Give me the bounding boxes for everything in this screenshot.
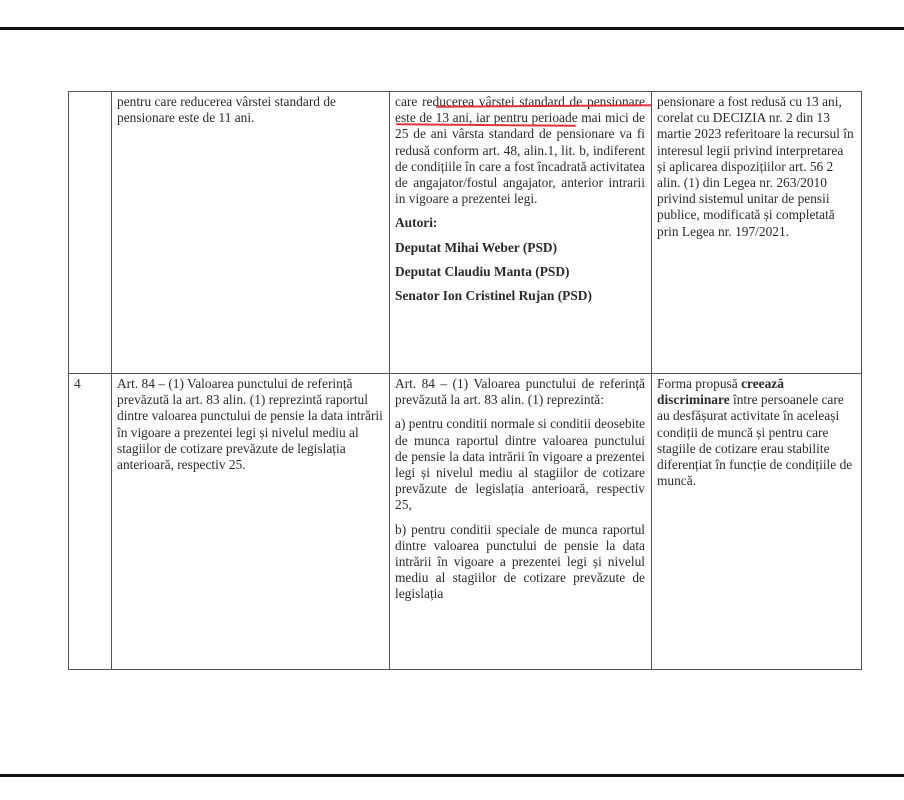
author-3: Senator Ion Cristinel Rujan (PSD) xyxy=(395,288,645,304)
justification-cell: pensionare a fost redusă cu 13 ani, core… xyxy=(652,92,862,374)
justification-cell: Forma propusă creează discriminare între… xyxy=(652,374,862,670)
proposed-paragraph-b: b) pentru conditii speciale de munca rap… xyxy=(395,522,645,603)
proposed-text-cell: care reducerea vârstei standard de pensi… xyxy=(390,92,652,374)
table-row: pentru care reducerea vârstei standard d… xyxy=(69,92,862,374)
amendments-table: pentru care reducerea vârstei standard d… xyxy=(68,91,862,670)
current-text-cell: pentru care reducerea vârstei standard d… xyxy=(112,92,390,374)
row-number-cell: 4 xyxy=(69,374,112,670)
page-top-rule xyxy=(0,27,904,30)
authors-label: Autori: xyxy=(395,215,645,231)
author-1: Deputat Mihai Weber (PSD) xyxy=(395,240,645,256)
proposed-paragraph: Art. 84 – (1) Valoarea punctului de refe… xyxy=(395,376,645,408)
page-bottom-rule xyxy=(0,774,904,777)
author-2: Deputat Claudiu Manta (PSD) xyxy=(395,264,645,280)
row-number-cell xyxy=(69,92,112,374)
justification-lead: Forma propusă xyxy=(657,376,741,391)
current-text: pentru care reducerea vârstei standard d… xyxy=(117,94,336,125)
table-row: 4 Art. 84 – (1) Valoarea punctului de re… xyxy=(69,374,862,670)
proposed-paragraph-a: a) pentru conditii normale si conditii d… xyxy=(395,416,645,513)
proposed-paragraph: care reducerea vârstei standard de pensi… xyxy=(395,94,645,207)
current-text: Art. 84 – (1) Valoarea punctului de refe… xyxy=(117,376,383,472)
proposed-text-cell: Art. 84 – (1) Valoarea punctului de refe… xyxy=(390,374,652,670)
proposed-lead: care xyxy=(395,94,422,109)
current-text-cell: Art. 84 – (1) Valoarea punctului de refe… xyxy=(112,374,390,670)
justification-text: pensionare a fost redusă cu 13 ani, core… xyxy=(657,94,854,239)
